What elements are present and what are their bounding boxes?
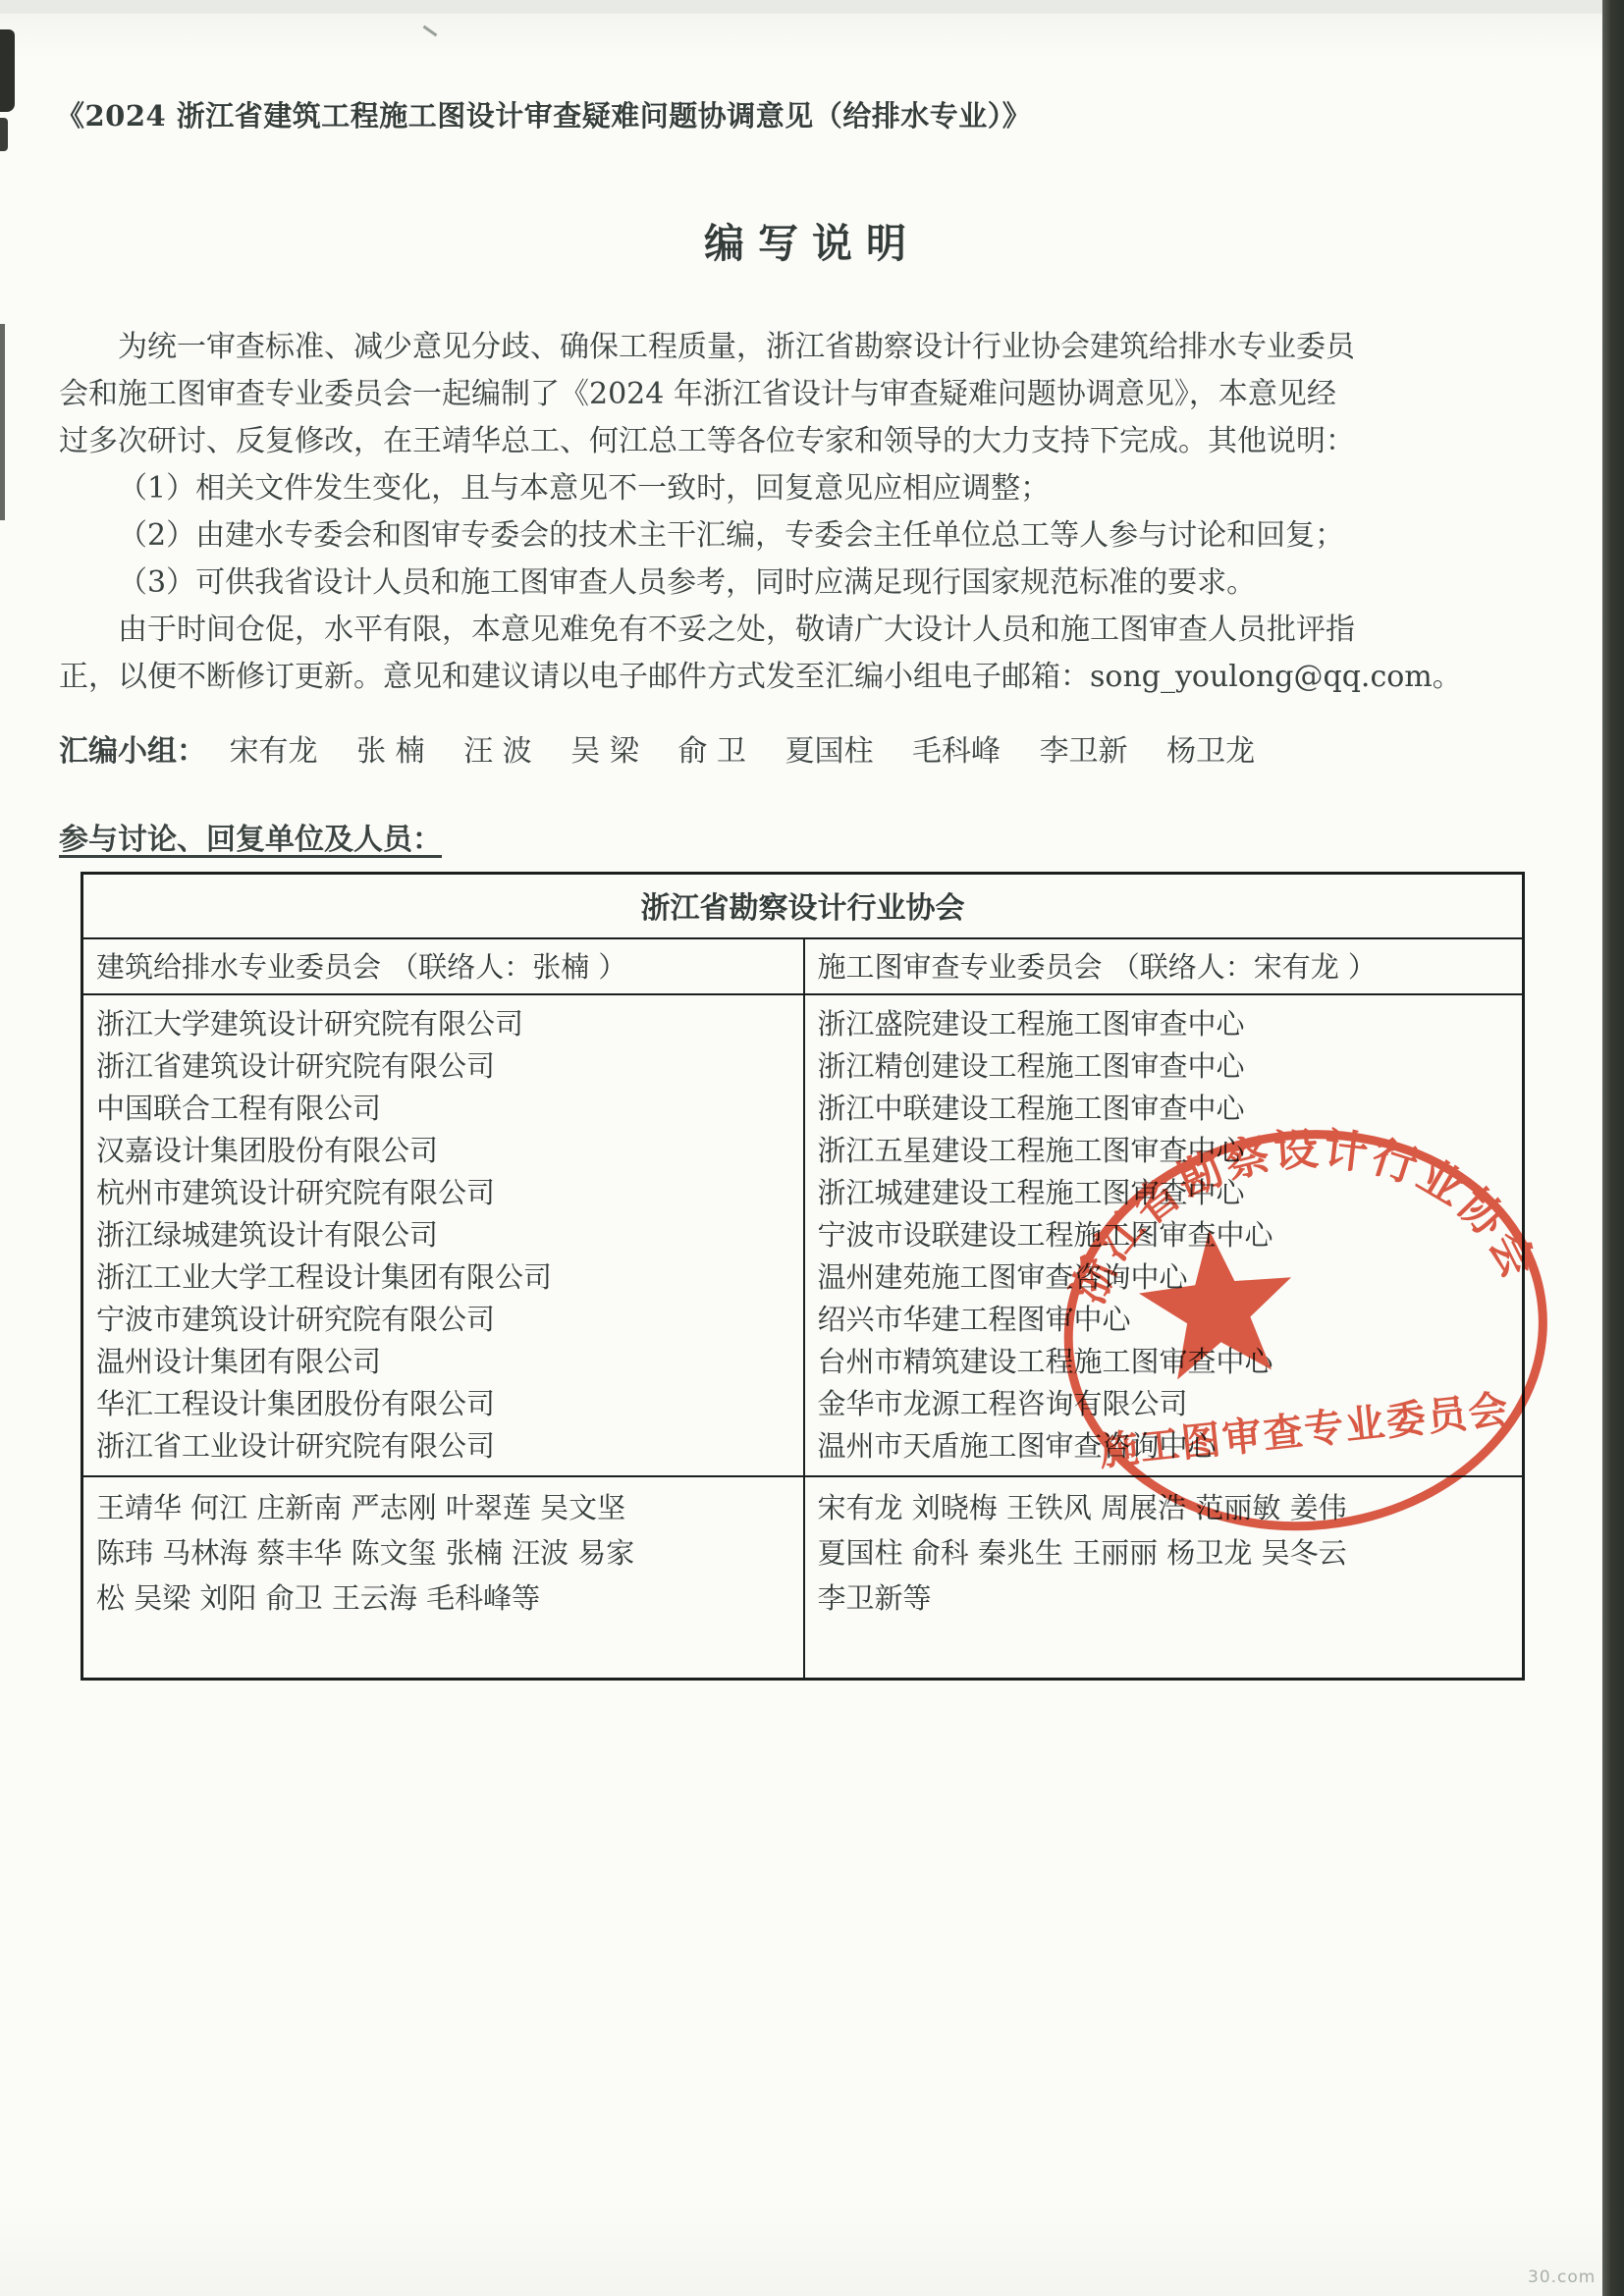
- document-header: 《2024 浙江省建筑工程施工图设计审查疑难问题协调意见（给排水专业）》: [0, 0, 1624, 134]
- org-list-left: 浙江大学建筑设计研究院有限公司 浙江省建筑设计研究院有限公司 中国联合工程有限公…: [83, 995, 803, 1475]
- org-item: 中国联合工程有限公司: [96, 1088, 793, 1130]
- star-icon: [1133, 1222, 1301, 1383]
- scan-right-edge-band: [1602, 0, 1624, 2296]
- compile-member: 张 楠: [356, 734, 425, 769]
- body-text: 为统一审查标准、减少意见分歧、确保工程质量，浙江省勘察设计行业协会建筑给排水专业…: [59, 324, 1569, 701]
- body-line: 过多次研讨、反复修改，在王靖华总工、何江总工等各位专家和领导的大力支持下完成。其…: [59, 418, 1569, 465]
- committee-cell-right: 施工图审查专业委员会 （联络人：宋有龙 ）: [803, 939, 1523, 993]
- scan-artifact: [0, 29, 15, 112]
- committee-cell-left: 建筑给排水专业委员会 （联络人：张楠 ）: [83, 939, 803, 993]
- org-item: 浙江省建筑设计研究院有限公司: [96, 1045, 793, 1088]
- scan-artifact: [0, 324, 5, 520]
- scanned-document-page: 《2024 浙江省建筑工程施工图设计审查疑难问题协调意见（给排水专业）》 编写说…: [0, 0, 1624, 2296]
- seal-banner-text: 施工图审查专业委员会: [1097, 1386, 1512, 1475]
- people-line: 王靖华 何江 庄新南 严志刚 叶翠莲 吴文坚: [96, 1485, 793, 1530]
- body-line: 会和施工图审查专业委员会一起编制了《2024 年浙江省设计与审查疑难问题协调意见…: [59, 371, 1569, 418]
- org-item: 华汇工程设计集团股份有限公司: [96, 1383, 793, 1425]
- compile-member: 宋有龙: [230, 734, 318, 769]
- compile-member: 汪 波: [463, 734, 532, 769]
- compile-group-label: 汇编小组：: [59, 734, 206, 769]
- page-title: 编写说明: [0, 211, 1624, 269]
- compile-group: 汇编小组： 宋有龙 张 楠 汪 波 吴 梁 俞 卫 夏国柱 毛科峰 李卫新 杨卫…: [59, 726, 1569, 770]
- compile-member: 杨卫龙: [1166, 734, 1255, 769]
- org-item: 温州设计集团有限公司: [96, 1341, 793, 1383]
- table-title: 浙江省勘察设计行业协会: [83, 875, 1522, 939]
- body-line: 为统一审查标准、减少意见分歧、确保工程质量，浙江省勘察设计行业协会建筑给排水专业…: [59, 324, 1569, 371]
- org-item: 浙江大学建筑设计研究院有限公司: [96, 1003, 793, 1045]
- committee-row: 建筑给排水专业委员会 （联络人：张楠 ） 施工图审查专业委员会 （联络人：宋有龙…: [83, 939, 1522, 995]
- compile-member: 吴 梁: [570, 734, 639, 769]
- body-line: （2）由建水专委会和图审专委会的技术主干汇编，专委会主任单位总工等人参与讨论和回…: [59, 512, 1569, 560]
- people-line: 李卫新等: [818, 1575, 1513, 1621]
- official-seal: 浙江省勘察设计行业协会 施工图审查专业委员会: [1039, 1102, 1578, 1563]
- org-item: 浙江精创建设工程施工图审查中心: [818, 1045, 1513, 1088]
- org-item: 浙江工业大学工程设计集团有限公司: [96, 1256, 793, 1299]
- org-item: 浙江盛院建设工程施工图审查中心: [818, 1003, 1513, 1045]
- body-line: 正，以便不断修订更新。意见和建议请以电子邮件方式发至汇编小组电子邮箱：song_…: [59, 654, 1569, 701]
- people-cell-left: 王靖华 何江 庄新南 严志刚 叶翠莲 吴文坚 陈玮 马林海 蔡丰华 陈文玺 张楠…: [83, 1477, 803, 1678]
- body-line: 由于时间仓促，水平有限，本意见难免有不妥之处，敬请广大设计人员和施工图审查人员批…: [59, 607, 1569, 654]
- scan-artifact: [0, 118, 8, 151]
- org-item: 浙江省工业设计研究院有限公司: [96, 1425, 793, 1468]
- org-item: 浙江绿城建筑设计有限公司: [96, 1214, 793, 1256]
- seal-ring: [1049, 1111, 1562, 1549]
- people-line: 陈玮 马林海 蔡丰华 陈文玺 张楠 汪波 易家: [96, 1530, 793, 1575]
- participants-heading: 参与讨论、回复单位及人员：: [59, 815, 1569, 858]
- org-item: 杭州市建筑设计研究院有限公司: [96, 1172, 793, 1214]
- compile-member: 毛科峰: [912, 734, 1001, 769]
- scan-top-strip: [0, 0, 1624, 14]
- compile-member: 李卫新: [1040, 734, 1128, 769]
- people-line: 松 吴梁 刘阳 俞卫 王云海 毛科峰等: [96, 1575, 793, 1621]
- compile-member: 夏国柱: [785, 734, 873, 769]
- compile-member: 俞 卫: [677, 734, 746, 769]
- org-item: 宁波市建筑设计研究院有限公司: [96, 1299, 793, 1341]
- body-line: （3）可供我省设计人员和施工图审查人员参考，同时应满足现行国家规范标准的要求。: [59, 560, 1569, 607]
- watermark-text: 30.com: [1528, 2268, 1596, 2287]
- body-line: （1）相关文件发生变化，且与本意见不一致时，回复意见应相应调整；: [59, 465, 1569, 512]
- org-item: 汉嘉设计集团股份有限公司: [96, 1130, 793, 1172]
